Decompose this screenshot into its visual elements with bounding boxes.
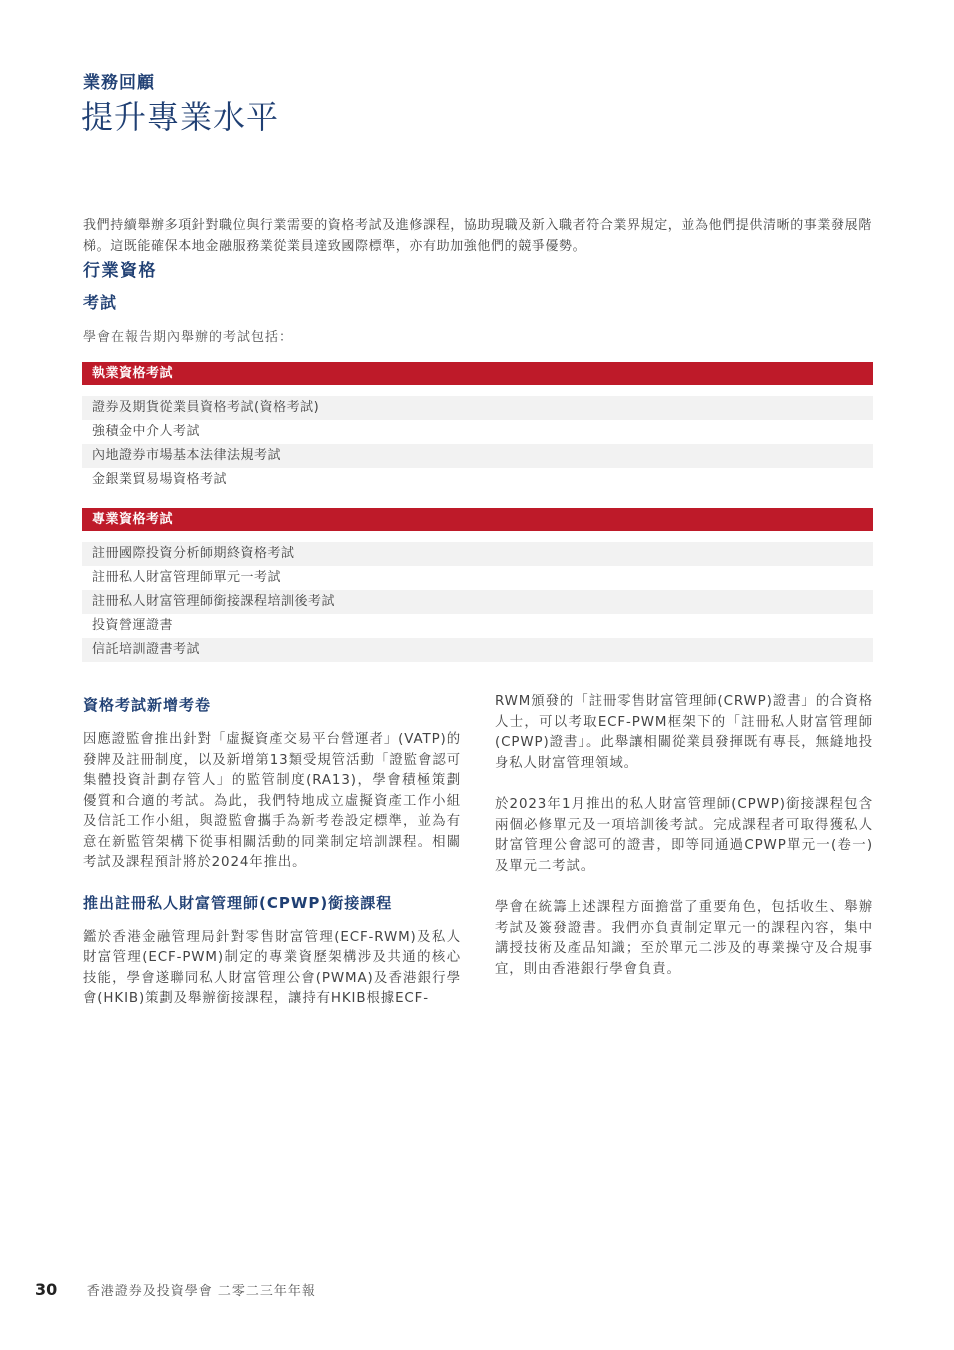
page-number: 30 (35, 1280, 82, 1299)
footer: 30 香港證券及投資學會 二零二三年年報 (35, 1280, 316, 1299)
table-body: 註冊國際投資分析師期終資格考試 註冊私人財富管理師單元一考試 註冊私人財富管理師… (82, 542, 873, 662)
table-row: 註冊私人財富管理師單元一考試 (82, 566, 873, 590)
table-row: 內地證券市場基本法律法規考試 (82, 444, 873, 468)
practising-exams-table: 執業資格考試 證券及期貨從業員資格考試(資格考試) 強積金中介人考試 內地證券市… (82, 362, 873, 492)
professional-exams-table: 專業資格考試 註冊國際投資分析師期終資格考試 註冊私人財富管理師單元一考試 註冊… (82, 508, 873, 662)
cpwp-bridging-paragraph: 鑑於香港金融管理局針對零售財富管理(ECF-RWM)及私人財富管理(ECF-PW… (83, 928, 461, 1010)
exams-lead-text: 學會在報告期內舉辦的考試包括： (83, 326, 293, 345)
intro-paragraph: 我們持續舉辦多項針對職位與行業需要的資格考試及進修課程，協助現職及新入職者符合業… (83, 215, 875, 257)
table-row: 信託培訓證書考試 (82, 638, 873, 662)
table-row: 證券及期貨從業員資格考試(資格考試) (82, 396, 873, 420)
new-exam-papers-heading: 資格考試新增考卷 (83, 694, 461, 716)
table-row: 強積金中介人考試 (82, 420, 873, 444)
table-header: 執業資格考試 (82, 362, 873, 385)
table-body: 證券及期貨從業員資格考試(資格考試) 強積金中介人考試 內地證券市場基本法律法規… (82, 396, 873, 492)
page-title: 提升專業水平 (81, 92, 279, 138)
industry-qualifications-heading: 行業資格 (83, 256, 157, 281)
table-row: 金銀業貿易場資格考試 (82, 468, 873, 492)
cpwp-bridging-heading: 推出註冊私人財富管理師(CPWP)銜接課程 (83, 892, 461, 914)
table-row: 投資營運證書 (82, 614, 873, 638)
cpwp-course-paragraph: 於2023年1月推出的私人財富管理師(CPWP)銜接課程包含兩個必修單元及一項培… (495, 795, 873, 877)
table-row: 註冊國際投資分析師期終資格考試 (82, 542, 873, 566)
right-column: RWM頒發的「註冊零售財富管理師(CRWP)證書」的合資格人士，可以考取ECF-… (495, 692, 873, 1001)
section-label: 業務回顧 (83, 68, 155, 93)
table-row: 註冊私人財富管理師銜接課程培訓後考試 (82, 590, 873, 614)
cpwp-continuation-paragraph: RWM頒發的「註冊零售財富管理師(CRWP)證書」的合資格人士，可以考取ECF-… (495, 692, 873, 774)
footer-text: 香港證券及投資學會 二零二三年年報 (87, 1284, 316, 1299)
institute-role-paragraph: 學會在統籌上述課程方面擔當了重要角色，包括收生、舉辦考試及簽發證書。我們亦負責制… (495, 898, 873, 980)
table-header: 專業資格考試 (82, 508, 873, 531)
exams-heading: 考試 (83, 290, 117, 313)
new-exam-papers-paragraph: 因應證監會推出針對「虛擬資產交易平台營運者」(VATP)的發牌及註冊制度，以及新… (83, 730, 461, 874)
left-column: 資格考試新增考卷 因應證監會推出針對「虛擬資產交易平台營運者」(VATP)的發牌… (83, 694, 461, 1028)
